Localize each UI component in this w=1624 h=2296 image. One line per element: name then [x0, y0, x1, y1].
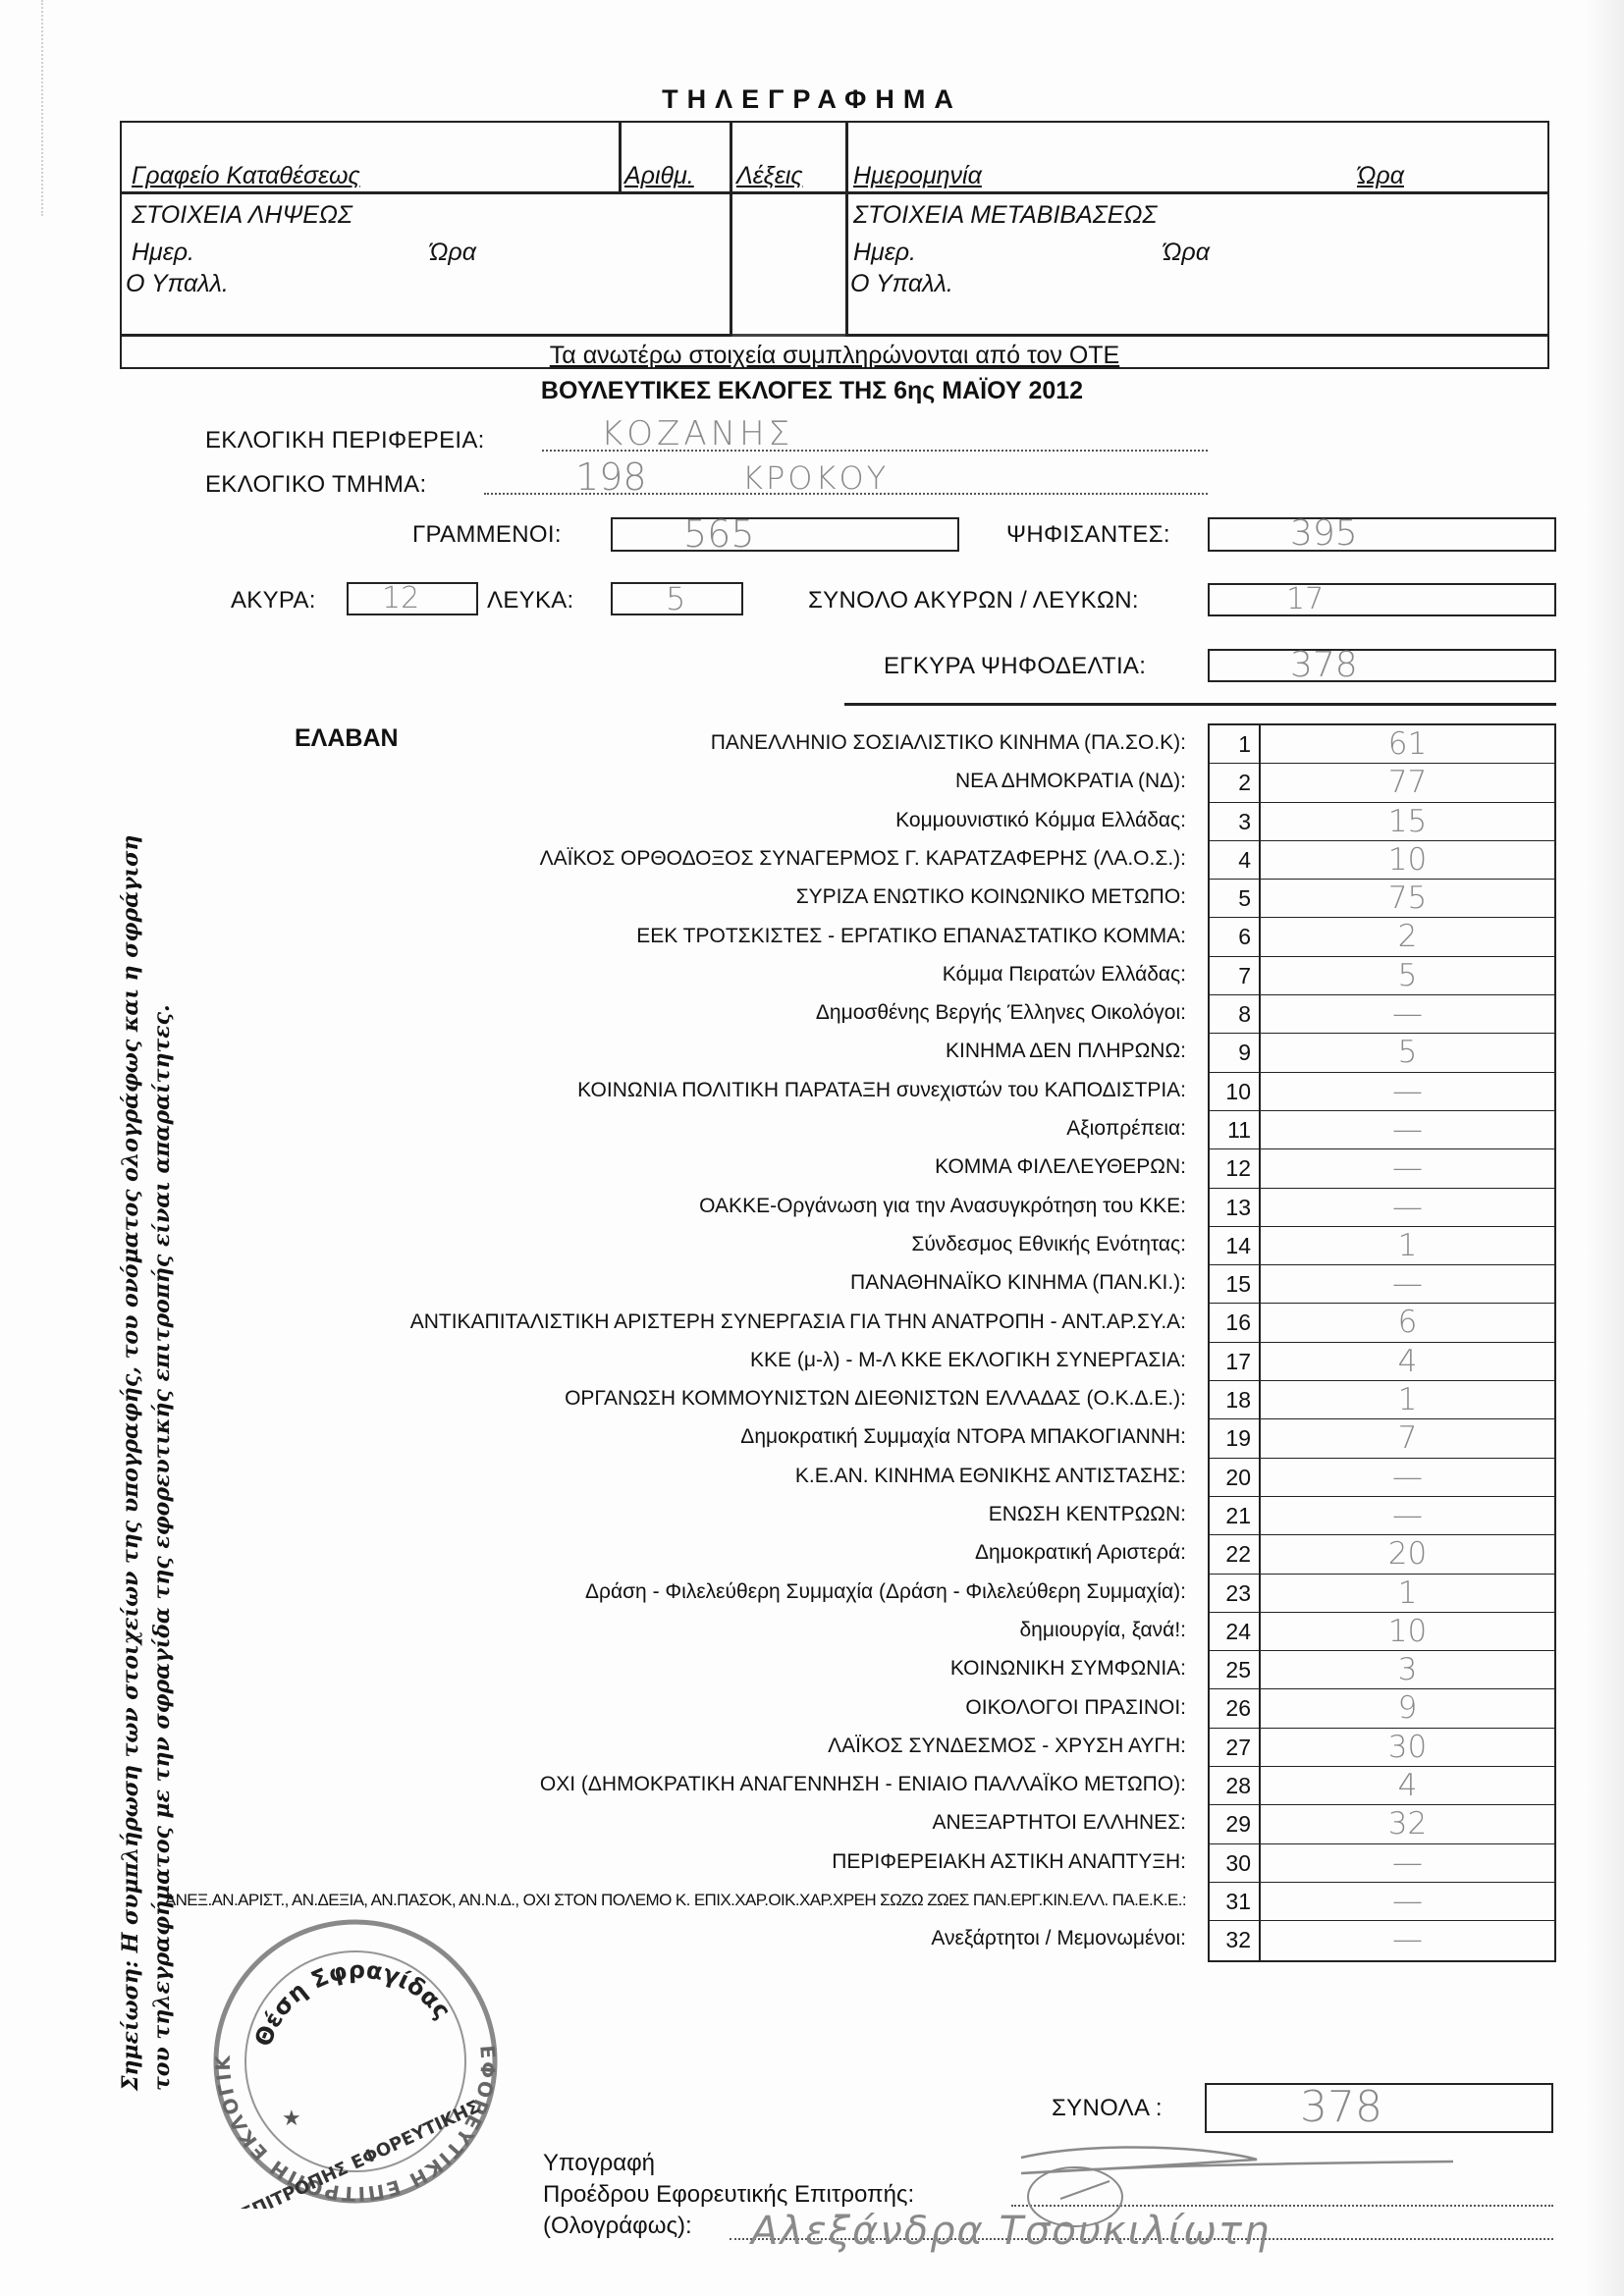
- office-label: Γραφείο Καταθέσεως: [132, 162, 360, 190]
- party-votes[interactable]: 32: [1261, 1805, 1554, 1842]
- reception-time-label: Ώρα: [429, 239, 476, 267]
- party-number: 23: [1210, 1575, 1261, 1612]
- total-value: 378: [1207, 2085, 1551, 2130]
- party-votes[interactable]: 5: [1261, 1034, 1554, 1071]
- divider: [845, 123, 848, 336]
- party-number: 18: [1210, 1381, 1261, 1418]
- table-row: 161: [1210, 725, 1554, 764]
- invalid-blank-total-value: 17: [1210, 585, 1554, 614]
- party-name: ΛΑΪΚΟΣ ΣΥΝΔΕΣΜΟΣ - ΧΡΥΣΗ ΑΥΓΗ:: [828, 1735, 1186, 1758]
- number-label: Αριθμ.: [624, 162, 694, 190]
- party-name: Δημοσθένης Βεργής Έλληνες Οικολόγοι:: [816, 1001, 1186, 1025]
- party-number: 10: [1210, 1073, 1261, 1110]
- party-number: 29: [1210, 1805, 1261, 1842]
- reception-clerk-label: Ο Υπαλλ.: [126, 270, 229, 298]
- table-row: 21—: [1210, 1497, 1554, 1535]
- table-row: 32—: [1210, 1921, 1554, 1959]
- party-number: 21: [1210, 1497, 1261, 1534]
- party-votes[interactable]: 9: [1261, 1689, 1554, 1727]
- party-name: Δημοκρατική Αριστερά:: [975, 1541, 1186, 1565]
- party-number: 25: [1210, 1651, 1261, 1688]
- voted-label: ΨΗΦΙΣΑΝΤΕΣ:: [1006, 521, 1170, 549]
- party-number: 4: [1210, 841, 1261, 879]
- invalid-label: ΑΚΥΡΑ:: [231, 587, 316, 614]
- party-name: Κόμμα Πειρατών Ελλάδας:: [943, 963, 1186, 987]
- party-votes[interactable]: 20: [1261, 1535, 1554, 1573]
- party-number: 14: [1210, 1227, 1261, 1264]
- table-row: 253: [1210, 1651, 1554, 1689]
- district-value: ΚΟΖΑΝΗΣ: [601, 414, 793, 454]
- table-row: 11—: [1210, 1111, 1554, 1149]
- party-name: Κομμουνιστικό Κόμμα Ελλάδας:: [895, 809, 1186, 832]
- ote-note: Τα ανωτέρω στοιχεία συμπληρώνονται από τ…: [122, 342, 1547, 370]
- section-number: 198: [575, 455, 647, 499]
- party-votes[interactable]: —: [1261, 1149, 1554, 1187]
- table-row: 12—: [1210, 1149, 1554, 1188]
- svg-text:★: ★: [282, 2106, 301, 2130]
- table-row: 10—: [1210, 1073, 1554, 1111]
- party-votes[interactable]: —: [1261, 1111, 1554, 1148]
- party-name: ΚΟΙΝΩΝΙΚΗ ΣΥΜΦΩΝΙΑ:: [950, 1657, 1186, 1681]
- party-name: Κ.Ε.ΑΝ. ΚΙΝΗΜΑ ΕΘΝΙΚΗΣ ΑΝΤΙΣΤΑΣΗΣ:: [795, 1465, 1186, 1488]
- table-row: 575: [1210, 880, 1554, 918]
- party-name: ΑΝΕΞΑΡΤΗΤΟΙ ΕΛΛΗΝΕΣ:: [932, 1811, 1186, 1835]
- registered-label: ΓΡΑΜΜΕΝΟΙ:: [412, 521, 562, 549]
- registered-value: 565: [613, 519, 957, 549]
- party-number: 22: [1210, 1535, 1261, 1573]
- table-row: 410: [1210, 841, 1554, 880]
- divider: [730, 123, 732, 336]
- district-label: ΕΚΛΟΓΙΚΗ ΠΕΡΙΦΕΡΕΙΑ:: [205, 427, 485, 454]
- party-votes[interactable]: —: [1261, 1883, 1554, 1920]
- party-name: Ανεξάρτητοι / Μεμονωμένοι:: [931, 1927, 1186, 1950]
- transmission-date-label: Ημερ.: [853, 239, 916, 267]
- telegram-header-table: Γραφείο Καταθέσεως Αριθμ. Λέξεις Ημερομη…: [120, 121, 1549, 369]
- party-name: ΕΝΩΣΗ ΚΕΝΤΡΩΩΝ:: [989, 1503, 1186, 1526]
- party-votes[interactable]: 5: [1261, 957, 1554, 994]
- valid-field[interactable]: 378: [1208, 649, 1556, 682]
- table-row: 174: [1210, 1343, 1554, 1381]
- voted-field[interactable]: 395: [1208, 517, 1556, 552]
- party-votes[interactable]: 2: [1261, 918, 1554, 955]
- table-row: 62: [1210, 918, 1554, 956]
- party-number: 16: [1210, 1304, 1261, 1341]
- party-votes[interactable]: 10: [1261, 841, 1554, 879]
- table-row: 2932: [1210, 1805, 1554, 1843]
- party-name: Δράση - Φιλελεύθερη Συμμαχία (Δράση - Φι…: [585, 1580, 1186, 1604]
- transmission-heading: ΣΤΟΙΧΕΙΑ ΜΕΤΑΒΙΒΑΣΕΩΣ: [853, 201, 1157, 230]
- table-row: 30—: [1210, 1844, 1554, 1883]
- party-votes[interactable]: 1: [1261, 1575, 1554, 1612]
- side-note-line1: Σημείωση: Η συμπλήρωση των στοιχείων της…: [115, 697, 146, 2091]
- paper-edge-shadow: [1585, 0, 1624, 2296]
- party-votes[interactable]: 61: [1261, 725, 1554, 763]
- section-name: ΚΡΟΚΟΥ: [742, 459, 889, 497]
- party-votes[interactable]: —: [1261, 1189, 1554, 1226]
- party-name: ΟΧΙ (ΔΗΜΟΚΡΑΤΙΚΗ ΑΝΑΓΕΝΝΗΣΗ - ΕΝΙΑΙΟ ΠΑΛ…: [540, 1773, 1186, 1796]
- valid-label: ΕΓΚΥΡΑ ΨΗΦΟΔΕΛΤΙΑ:: [884, 653, 1146, 680]
- blank-value: 5: [613, 584, 741, 614]
- table-row: 2410: [1210, 1613, 1554, 1651]
- party-name: ΛΑΪΚΟΣ ΟΡΘΟΔΟΞΟΣ ΣΥΝΑΓΕΡΜΟΣ Γ. ΚΑΡΑΤΖΑΦΕ…: [540, 847, 1186, 871]
- table-row: 75: [1210, 957, 1554, 995]
- party-number: 11: [1210, 1111, 1261, 1148]
- party-number: 9: [1210, 1034, 1261, 1071]
- election-title: ΒΟΥΛΕΥΤΙΚΕΣ ΕΚΛΟΓΕΣ ΤΗΣ 6ης ΜΑΪΟΥ 2012: [0, 377, 1624, 405]
- voted-value: 395: [1210, 519, 1554, 549]
- table-row: 269: [1210, 1689, 1554, 1728]
- side-note: Σημείωση: Η συμπλήρωση των στοιχείων της…: [115, 697, 178, 2091]
- fullname-label: (Ολογράφως):: [543, 2213, 692, 2240]
- total-field[interactable]: 378: [1205, 2083, 1553, 2133]
- section-label: ΕΚΛΟΓΙΚΟ ΤΜΗΜΑ:: [205, 471, 426, 499]
- side-note-line2: του τηλεγραφήματος με την σφραγίδα της ε…: [146, 697, 178, 2091]
- table-row: 15—: [1210, 1265, 1554, 1304]
- table-row: 20—: [1210, 1459, 1554, 1497]
- president-label: Προέδρου Εφορευτικής Επιτροπής:: [543, 2181, 914, 2209]
- valid-value: 378: [1210, 651, 1554, 680]
- invalid-field[interactable]: 12: [347, 582, 478, 615]
- transmission-time-label: Ώρα: [1163, 239, 1210, 267]
- party-name: Δημοκρατική Συμμαχία ΝΤΟΡΑ ΜΠΑΚΟΓΙΑΝΝΗ:: [740, 1425, 1186, 1449]
- telegram-title: ΤΗΛΕΓΡΑΦΗΜΑ: [0, 84, 1624, 115]
- party-votes[interactable]: —: [1261, 1073, 1554, 1110]
- party-name: ΚΚΕ (μ-λ) - Μ-Λ ΚΚΕ ΕΚΛΟΓΙΚΗ ΣΥΝΕΡΓΑΣΙΑ:: [750, 1349, 1186, 1372]
- table-row: 31—: [1210, 1883, 1554, 1921]
- party-name: δημιουργία, ξανά!:: [1019, 1619, 1186, 1642]
- party-number: 32: [1210, 1921, 1261, 1959]
- party-votes[interactable]: 4: [1261, 1343, 1554, 1380]
- party-votes[interactable]: 75: [1261, 880, 1554, 917]
- party-votes[interactable]: —: [1261, 995, 1554, 1033]
- party-votes[interactable]: 15: [1261, 803, 1554, 840]
- party-number: 3: [1210, 803, 1261, 840]
- section-rule: [844, 703, 1556, 706]
- party-name: ΑΝΤΙΚΑΠΙΤΑΛΙΣΤΙΚΗ ΑΡΙΣΤΕΡΗ ΣΥΝΕΡΓΑΣΙΑ ΓΙ…: [410, 1310, 1186, 1334]
- table-row: 13—: [1210, 1189, 1554, 1227]
- transmission-clerk-label: Ο Υπαλλ.: [850, 270, 953, 298]
- party-votes[interactable]: —: [1261, 1844, 1554, 1882]
- date-label: Ημερομηνία: [853, 162, 982, 190]
- table-row: 2730: [1210, 1729, 1554, 1767]
- time-label: Ώρα: [1357, 162, 1404, 190]
- party-number: 7: [1210, 957, 1261, 994]
- party-number: 20: [1210, 1459, 1261, 1496]
- party-name: ΝΕΑ ΔΗΜΟΚΡΑΤΙΑ (ΝΔ):: [955, 770, 1186, 793]
- table-row: 197: [1210, 1419, 1554, 1458]
- table-row: 2220: [1210, 1535, 1554, 1574]
- party-name: ΚΙΝΗΜΑ ΔΕΝ ΠΛΗΡΩΝΩ:: [946, 1040, 1186, 1063]
- table-row: 8—: [1210, 995, 1554, 1034]
- party-votes[interactable]: —: [1261, 1497, 1554, 1534]
- party-votes[interactable]: —: [1261, 1265, 1554, 1303]
- party-name: ΟΡΓΑΝΩΣΗ ΚΟΜΜΟΥΝΙΣΤΩΝ ΔΙΕΘΝΙΣΤΩΝ ΕΛΛΑΔΑΣ…: [565, 1387, 1186, 1411]
- blank-label: ΛΕΥΚΑ:: [487, 587, 574, 614]
- reception-date-label: Ημερ.: [132, 239, 194, 267]
- words-label: Λέξεις: [736, 162, 803, 190]
- party-votes[interactable]: 10: [1261, 1613, 1554, 1650]
- party-votes[interactable]: —: [1261, 1921, 1554, 1959]
- party-votes[interactable]: 4: [1261, 1767, 1554, 1804]
- party-number: 30: [1210, 1844, 1261, 1882]
- registered-field[interactable]: 565: [611, 517, 959, 552]
- party-number: 2: [1210, 764, 1261, 801]
- table-row: 141: [1210, 1227, 1554, 1265]
- party-votes[interactable]: 77: [1261, 764, 1554, 801]
- party-number: 31: [1210, 1883, 1261, 1920]
- party-name: ΟΙΚΟΛΟΓΟΙ ΠΡΑΣΙΝΟΙ:: [965, 1696, 1186, 1720]
- svg-text:Θέση Σφραγίδας: Θέση Σφραγίδας: [249, 1956, 457, 2051]
- reception-heading: ΣΤΟΙΧΕΙΑ ΛΗΨΕΩΣ: [132, 201, 352, 230]
- invalid-blank-total-label: ΣΥΝΟΛΟ ΑΚΥΡΩΝ / ΛΕΥΚΩΝ:: [808, 587, 1139, 614]
- total-label: ΣΥΝΟΛΑ :: [1052, 2095, 1163, 2122]
- party-number: 19: [1210, 1419, 1261, 1457]
- fullname-value: Αλεξάνδρα Τσουκιλίωτη: [751, 2209, 1271, 2254]
- party-name: ΟΑΚΚΕ-Οργάνωση για την Ανασυγκρότηση του…: [699, 1195, 1186, 1218]
- party-number: 26: [1210, 1689, 1261, 1727]
- party-name: ΠΑΝΑΘΗΝΑΪΚΟ ΚΙΝΗΜΑ (ΠΑΝ.ΚΙ.):: [850, 1271, 1186, 1295]
- party-name: ΚΟΙΝΩΝΙΑ ΠΟΛΙΤΙΚΗ ΠΑΡΑΤΑΞΗ συνεχιστών το…: [577, 1079, 1186, 1102]
- party-number: 1: [1210, 725, 1261, 763]
- party-name: Σύνδεσμος Εθνικής Ενότητας:: [911, 1233, 1186, 1256]
- results-table: 16127731541057562758—9510—11—12—13—14115…: [1208, 723, 1556, 1962]
- party-votes[interactable]: 6: [1261, 1304, 1554, 1341]
- party-name: Αξιοπρέπεια:: [1066, 1117, 1186, 1141]
- party-number: 17: [1210, 1343, 1261, 1380]
- party-name: ΚΟΜΜΑ ΦΙΛΕΛΕΥΘΕΡΩΝ:: [935, 1155, 1186, 1179]
- party-number: 5: [1210, 880, 1261, 917]
- blank-field[interactable]: 5: [611, 582, 743, 615]
- table-row: 277: [1210, 764, 1554, 802]
- party-number: 28: [1210, 1767, 1261, 1804]
- party-number: 6: [1210, 918, 1261, 955]
- party-number: 8: [1210, 995, 1261, 1033]
- party-votes[interactable]: 7: [1261, 1419, 1554, 1457]
- party-votes[interactable]: 3: [1261, 1651, 1554, 1688]
- party-votes[interactable]: —: [1261, 1459, 1554, 1496]
- signature-label: Υπογραφή: [543, 2150, 655, 2177]
- party-name: ΕΕΚ ΤΡΟΤΣΚΙΣΤΕΣ - ΕΡΓΑΤΙΚΟ ΕΠΑΝΑΣΤΑΤΙΚΟ …: [636, 925, 1186, 948]
- party-number: 13: [1210, 1189, 1261, 1226]
- committee-stamp: ΕΦΟΡΕΥΤΙΚΗ ΕΠΙΤΡΟΠΗ ΕΚΛΟΓΙΚΟΥ ΤΜΗΜΑΤΟΣ Θ…: [208, 1914, 503, 2209]
- party-name: ΣΥΡΙΖΑ ΕΝΩΤΙΚΟ ΚΟΙΝΩΝΙΚΟ ΜΕΤΩΠΟ:: [796, 885, 1186, 909]
- party-number: 15: [1210, 1265, 1261, 1303]
- party-name: ΑΝΕΞ.ΑΝ.ΑΡΙΣΤ., ΑΝ.ΔΕΞΙΑ, ΑΝ.ΠΑΣΟΚ, ΑΝ.Ν…: [165, 1891, 1186, 1910]
- table-row: 95: [1210, 1034, 1554, 1072]
- table-row: 181: [1210, 1381, 1554, 1419]
- table-row: 231: [1210, 1575, 1554, 1613]
- party-votes[interactable]: 1: [1261, 1227, 1554, 1264]
- party-number: 24: [1210, 1613, 1261, 1650]
- table-row: 166: [1210, 1304, 1554, 1342]
- party-votes[interactable]: 1: [1261, 1381, 1554, 1418]
- party-name: ΠΑΝΕΛΛΗΝΙΟ ΣΟΣΙΑΛΙΣΤΙΚΟ ΚΙΝΗΜΑ (ΠΑ.ΣΟ.Κ)…: [711, 731, 1186, 755]
- party-name: ΠΕΡΙΦΕΡΕΙΑΚΗ ΑΣΤΙΚΗ ΑΝΑΠΤΥΞΗ:: [832, 1850, 1186, 1874]
- party-number: 27: [1210, 1729, 1261, 1766]
- party-votes[interactable]: 30: [1261, 1729, 1554, 1766]
- table-row: 315: [1210, 803, 1554, 841]
- party-number: 12: [1210, 1149, 1261, 1187]
- divider: [122, 191, 1547, 194]
- invalid-value: 12: [349, 584, 476, 614]
- table-row: 284: [1210, 1767, 1554, 1805]
- invalid-blank-total-field[interactable]: 17: [1208, 583, 1556, 616]
- divider: [619, 123, 622, 193]
- divider: [122, 334, 1547, 337]
- results-heading: ΕΛΑΒΑΝ: [295, 724, 399, 753]
